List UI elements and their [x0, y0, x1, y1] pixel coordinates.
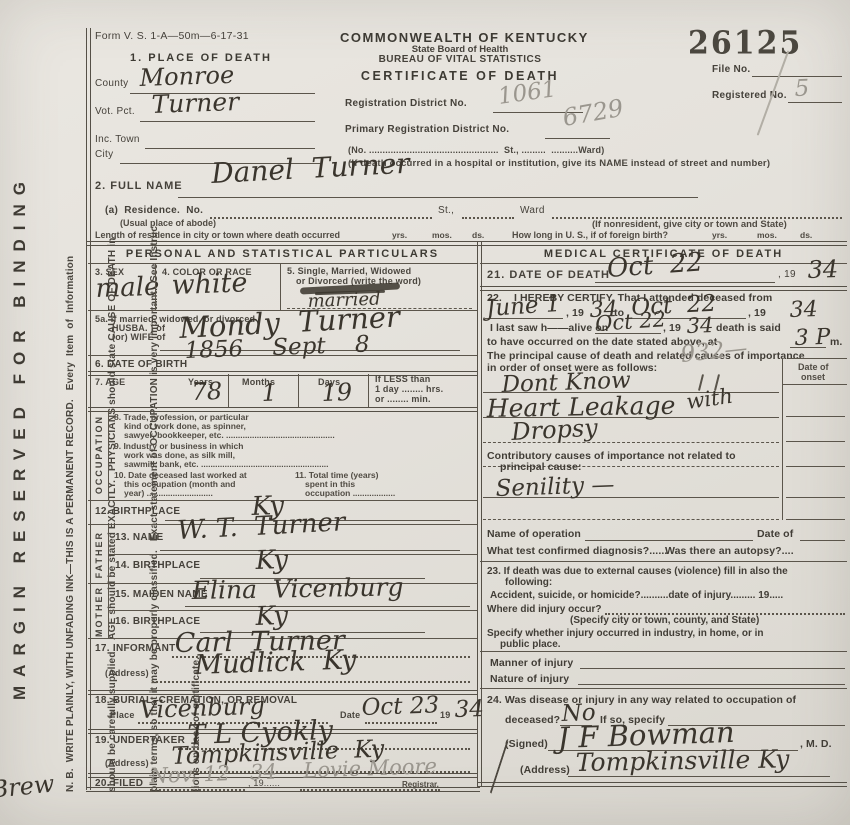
- to-year-value: 34: [789, 299, 818, 322]
- q23-line6: Specify whether injury occurred in indus…: [487, 628, 764, 639]
- test-label: What test confirmed diagnosis?......: [487, 545, 667, 557]
- rule-top-heavy: [86, 241, 847, 246]
- registered-no-value: 5: [794, 78, 809, 101]
- cause-value-2b: with: [685, 386, 734, 413]
- registrar-label: Registrar.: [402, 780, 439, 789]
- inc-town-line: [145, 148, 315, 149]
- rule: [88, 263, 477, 264]
- onset-box-left: [782, 358, 783, 520]
- registered-no-label: Registered No.: [712, 90, 787, 101]
- q23-line1: 23. If death was due to external causes …: [487, 566, 788, 577]
- full-name-label: 2. FULL NAME: [95, 180, 183, 192]
- q23-line2: following:: [505, 577, 552, 588]
- manner-line: [580, 668, 845, 669]
- margin-binding-text: MARGIN RESERVED FOR BINDING: [10, 173, 30, 700]
- filed-line2: [300, 789, 440, 791]
- informant-label: 17. INFORMANT: [95, 643, 176, 654]
- contributory-label-2: principal cause:: [500, 461, 582, 473]
- sex-value: male: [95, 274, 160, 302]
- autopsy-label: Was there an autopsy?....: [665, 545, 794, 557]
- county-label: County: [95, 78, 129, 89]
- commonwealth-title: COMMONWEALTH OF KENTUCKY: [340, 30, 580, 45]
- cell-divider: [368, 374, 369, 408]
- father-birthplace-label: 14. BIRTHPLACE: [115, 560, 200, 571]
- line: [160, 550, 460, 551]
- death-certificate-scan: MARGIN RESERVED FOR BINDING N. B. WRITE …: [0, 0, 850, 825]
- bureau-title: BUREAU OF VITAL STATISTICS: [340, 54, 580, 65]
- last-saw-value: Oct 22: [595, 309, 667, 335]
- occ11-line3: occupation ..................: [305, 488, 395, 498]
- occ8-line3: sawyer, bookkeeper, etc. ...............…: [124, 430, 335, 440]
- ds-label-1: ds.: [472, 230, 484, 240]
- mother-vertical-label: MOTHER: [90, 585, 107, 638]
- burial-place-label: Place: [110, 710, 135, 720]
- burial-year-prefix: 19: [440, 710, 450, 720]
- occ9-line3: sawmill, bank, etc. ....................…: [124, 459, 329, 469]
- cell-divider: [280, 263, 281, 310]
- age-days-value: 19: [321, 380, 352, 405]
- mos-label-2: mos.: [757, 230, 777, 240]
- burial-date-label: Date: [340, 710, 360, 720]
- hospital-note: (If death occurred in a hospital or inst…: [348, 158, 770, 169]
- registration-district-value: 1061: [497, 78, 558, 109]
- burial-year-value: 34: [454, 698, 484, 722]
- primary-registration-line: [545, 138, 610, 139]
- father-birthplace-value: Ky: [255, 547, 288, 574]
- date-of-death-value: Oct 22: [606, 249, 704, 282]
- filed-line: [150, 789, 245, 791]
- rule: [480, 286, 847, 291]
- informant-address-line: [152, 681, 470, 683]
- date-of-birth-label: 6. DATE OF BIRTH: [95, 359, 187, 370]
- mother-maiden-value: Elina Vicenburg: [192, 574, 404, 603]
- full-name-line: [178, 197, 698, 198]
- vot-pct-label: Vot. Pct.: [95, 106, 135, 117]
- if-less-label-1: If LESS than: [375, 374, 430, 384]
- q23-line5: (Specify city or town, county, and State…: [570, 615, 759, 626]
- rule: [108, 610, 477, 611]
- filed-label: 20. FILED: [95, 778, 143, 789]
- last-saw-label: I last saw h——alive on: [490, 322, 608, 334]
- birthplace-12-label: 12. BIRTHPLACE: [95, 506, 180, 517]
- last-year-prefix: , 19: [663, 322, 681, 334]
- yrs-label-2: yrs.: [712, 230, 727, 240]
- burial-date-line: [365, 722, 437, 724]
- informant-address-value: Mudlick Ky: [194, 646, 357, 679]
- wife-of-label: (or) WIFE of: [112, 332, 165, 342]
- from-year-prefix: , 19: [566, 307, 584, 319]
- onset-box-rule: [782, 384, 847, 385]
- time-value: 3 P: [794, 327, 831, 350]
- cell-divider: [228, 374, 229, 408]
- length-residence-label: Length of residence in city or town wher…: [95, 230, 340, 240]
- onset-header-1: Date of: [798, 362, 829, 372]
- margin-handwritten-scribble: Brew: [0, 771, 56, 802]
- m-label: m.: [830, 336, 842, 348]
- date-of-label: Date of: [757, 528, 793, 540]
- rule: [480, 651, 847, 652]
- onset-box-top: [788, 358, 847, 359]
- residence-ward-label: Ward: [520, 205, 545, 216]
- operation-line: [585, 540, 753, 541]
- md-label: , M. D.: [800, 738, 832, 750]
- undertaker-address-label: (Address): [105, 758, 149, 768]
- attended-from-value: June 1: [485, 293, 561, 321]
- onset-row-line: [786, 441, 845, 442]
- if-less-label-2: 1 day ........ hrs.: [375, 384, 443, 394]
- onset-row-line: [786, 497, 845, 498]
- primary-registration-value: 6729: [561, 96, 625, 130]
- q23-line4: Where did injury occur?: [487, 604, 601, 615]
- nature-of-injury-label: Nature of injury: [490, 673, 569, 685]
- deceased-label: deceased?: [505, 714, 560, 726]
- city-label: City: [95, 149, 113, 160]
- personal-particulars-title: PERSONAL AND STATISTICAL PARTICULARS: [90, 248, 475, 260]
- dod-year-value: 34: [807, 257, 838, 282]
- physician-address-label: (Address): [520, 764, 570, 776]
- informant-address-label: (Address): [105, 668, 149, 678]
- residence-st-label: St.,: [438, 205, 454, 216]
- death-said-label: death is said: [716, 322, 781, 334]
- rule-bottom-right: [477, 782, 847, 787]
- registered-no-line: [788, 102, 842, 103]
- residence-st-line: [462, 217, 514, 219]
- inc-town-label: Inc. Town: [95, 134, 140, 145]
- pencil-number: 932—: [680, 337, 749, 367]
- onset-row-line: [786, 416, 845, 417]
- rule: [480, 688, 847, 689]
- age-years-value: 78: [191, 379, 222, 404]
- cell-divider: [155, 263, 156, 310]
- cell-divider: [108, 410, 109, 500]
- full-name-value: Danel Turner: [211, 150, 411, 188]
- occ10-line3: year) ............................: [124, 488, 213, 498]
- physician-address-value: Tompkinsville Ky: [576, 746, 790, 775]
- cause-value-3: Dropsy: [511, 416, 599, 444]
- if-less-label-3: or ........ min.: [375, 394, 431, 404]
- race-value: white: [171, 269, 248, 299]
- yrs-label-1: yrs.: [392, 230, 407, 240]
- county-value: Monroe: [139, 63, 234, 90]
- contributory-value: Senility —: [495, 474, 615, 501]
- primary-registration-label: Primary Registration District No.: [345, 124, 509, 135]
- burial-date-value: Oct 23: [361, 694, 439, 720]
- age-label: 7. AGE: [95, 377, 125, 387]
- occupation-vertical-label: OCCUPATION: [90, 410, 107, 500]
- nature-line: [578, 684, 845, 685]
- ds-label-2: ds.: [800, 230, 812, 240]
- how-long-us-label: How long in U. S., if of foreign birth?: [512, 230, 668, 240]
- contributory-line-2: [483, 519, 779, 520]
- q24-line1: 24. Was disease or injury in any way rel…: [487, 694, 796, 706]
- q23-line3: Accident, suicide, or homicide?.........…: [490, 590, 783, 601]
- margin-note-line1: N. B. WRITE PLAINLY, WITH UNFADING INK—T…: [64, 92, 78, 792]
- residence-label: (a) Residence. No.: [105, 205, 203, 216]
- manner-of-injury-label: Manner of injury: [490, 657, 573, 669]
- marital-label-1: 5. Single, Married, Widowed: [287, 266, 411, 276]
- vot-pct-value: Turner: [151, 89, 239, 117]
- residence-line: [210, 217, 432, 219]
- abode-note: (Usual place of abode): [120, 218, 216, 228]
- father-name-label: 13. NAME: [115, 532, 164, 543]
- date-of-birth-value: 1856 Sept 8: [184, 334, 370, 363]
- file-no-label: File No.: [712, 64, 751, 75]
- last-year-value: 34: [686, 315, 713, 337]
- principal-cause-line1: The principal cause of death and related…: [487, 350, 805, 362]
- rule: [480, 561, 847, 562]
- cell-divider: [298, 374, 299, 408]
- signed-label: (Signed): [505, 738, 548, 750]
- registration-district-label: Registration District No.: [345, 98, 467, 109]
- onset-row-line: [786, 466, 845, 467]
- q23-line7: public place.: [500, 639, 561, 650]
- operation-label: Name of operation: [487, 528, 581, 540]
- line: [185, 606, 470, 607]
- onset-row-line: [786, 519, 845, 520]
- mos-label-1: mos.: [432, 230, 452, 240]
- father-name-value: W. T. Turner: [177, 509, 346, 544]
- mother-birthplace-label: 16. BIRTHPLACE: [115, 616, 200, 627]
- onset-header-2: onset: [801, 372, 825, 382]
- date-of-death-label: 21. DATE OF DEATH: [487, 269, 610, 281]
- date-of-line: [800, 540, 845, 541]
- dod-year-prefix: , 19: [778, 269, 796, 280]
- nonresident-note: (If nonresident, give city or town and S…: [592, 219, 787, 230]
- to-year-prefix: , 19: [748, 307, 766, 319]
- rule: [108, 554, 477, 555]
- vot-pct-line: [140, 121, 315, 122]
- father-vertical-label: FATHER: [90, 526, 107, 583]
- age-months-value: 1: [261, 380, 277, 405]
- form-number: Form V. S. 1-A—50m—6-17-31: [95, 30, 249, 42]
